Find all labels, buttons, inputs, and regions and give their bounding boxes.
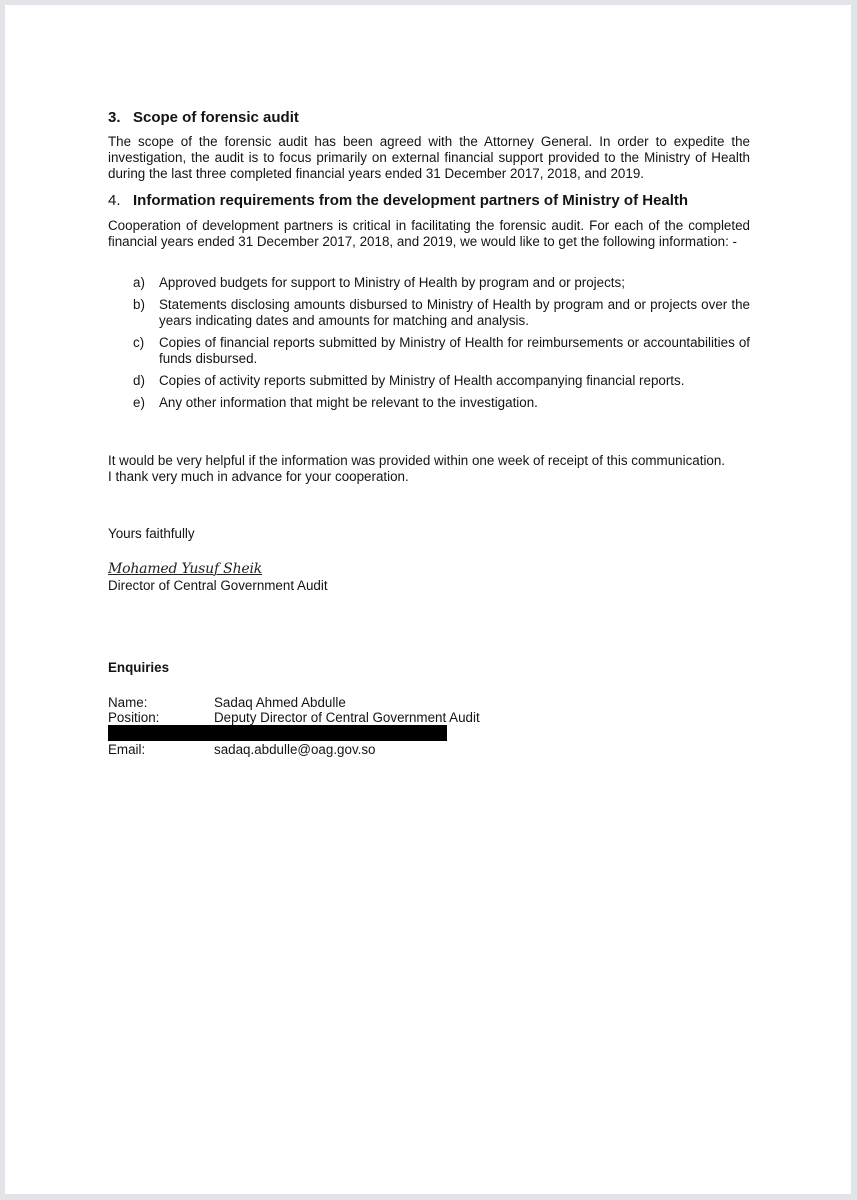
list-marker: a) [133, 275, 145, 291]
section-4-title: Information requirements from the develo… [133, 192, 688, 209]
list-item-text: Statements disclosing amounts disbursed … [159, 297, 750, 328]
enquiries-position-row: Position:Deputy Director of Central Gove… [108, 710, 480, 726]
enquiries-heading: Enquiries [108, 660, 169, 676]
section-3-heading: 3.Scope of forensic audit [108, 109, 299, 127]
signatory-title: Director of Central Government Audit [108, 578, 328, 594]
document-page: 3.Scope of forensic audit The scope of t… [5, 5, 851, 1194]
section-3-title: Scope of forensic audit [133, 109, 299, 126]
signature: Mohamed Yusuf Sheik [108, 561, 262, 577]
enquiries-email-row: Email:sadaq.abdulle@oag.gov.so [108, 742, 376, 758]
list-item: d) Copies of activity reports submitted … [133, 373, 750, 389]
list-marker: e) [133, 395, 145, 411]
list-item-text: Copies of activity reports submitted by … [159, 373, 684, 388]
list-item-text: Any other information that might be rele… [159, 395, 538, 410]
name-value: Sadaq Ahmed Abdulle [214, 695, 346, 710]
list-item: c) Copies of financial reports submitted… [133, 335, 750, 367]
list-marker: b) [133, 297, 145, 313]
section-4-number: 4. [108, 192, 133, 210]
section-3-paragraph: The scope of the forensic audit has been… [108, 134, 750, 182]
list-item: e) Any other information that might be r… [133, 395, 750, 411]
email-value: sadaq.abdulle@oag.gov.so [214, 742, 376, 757]
information-requirements-list: a) Approved budgets for support to Minis… [133, 275, 750, 417]
list-item-text: Copies of financial reports submitted by… [159, 335, 750, 366]
list-item: a) Approved budgets for support to Minis… [133, 275, 750, 291]
section-4-heading: 4.Information requirements from the deve… [108, 192, 688, 210]
position-value: Deputy Director of Central Government Au… [214, 710, 480, 725]
closing-line-1: It would be very helpful if the informat… [108, 453, 725, 469]
salutation: Yours faithfully [108, 526, 195, 542]
section-4-paragraph: Cooperation of development partners is c… [108, 218, 750, 250]
list-item-text: Approved budgets for support to Ministry… [159, 275, 625, 290]
list-item: b) Statements disclosing amounts disburs… [133, 297, 750, 329]
position-label: Position: [108, 710, 214, 726]
list-marker: c) [133, 335, 144, 351]
email-label: Email: [108, 742, 214, 758]
name-label: Name: [108, 695, 214, 711]
closing-line-2: I thank very much in advance for your co… [108, 469, 409, 485]
list-marker: d) [133, 373, 145, 389]
redaction-bar [108, 725, 447, 741]
section-3-number: 3. [108, 109, 133, 127]
enquiries-name-row: Name:Sadaq Ahmed Abdulle [108, 695, 346, 711]
